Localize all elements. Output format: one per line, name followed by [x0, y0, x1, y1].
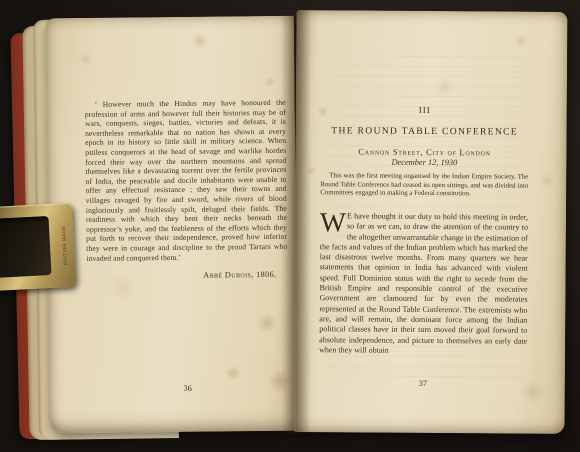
- editorial-note-paragraph: This was the first meeting organised by …: [320, 172, 528, 199]
- chapter-date: December 12, 1930: [320, 157, 528, 167]
- quote-text: ‘ However much the Hindus may have honou…: [85, 98, 288, 263]
- editorial-note: This was the first meeting organised by …: [320, 172, 528, 199]
- chapter-title: THE ROUND TABLE CONFERENCE: [321, 125, 529, 137]
- page-number-right: 37: [319, 378, 527, 388]
- body-text: WE have thought it our duty to hold this…: [319, 211, 528, 357]
- left-page: ‘ However much the Hindus may have honou…: [46, 16, 298, 434]
- quote-paragraph: ‘ However much the Hindus may have honou…: [85, 98, 288, 263]
- chapter-number: III: [321, 104, 529, 115]
- quote-attribution: Abbé Dubois, 1806.: [86, 270, 276, 281]
- page-number-left: 36: [88, 383, 288, 394]
- body-paragraph: WE have thought it our duty to hold this…: [319, 211, 528, 357]
- body-paragraph-text: E have thought it our duty to hold this …: [319, 211, 528, 354]
- drop-cap-initial: W: [320, 212, 345, 232]
- right-page: III THE ROUND TABLE CONFERENCE Cannon St…: [294, 10, 568, 434]
- brass-clip-stamp: BRITISH MADE: [61, 225, 68, 265]
- brass-clip: BRITISH MADE: [0, 203, 76, 291]
- photo-backdrop: ‘ However much the Hindus may have honou…: [0, 0, 580, 452]
- brass-clip-opening: [0, 216, 51, 278]
- chapter-location: Cannon Street, City of London: [320, 146, 528, 157]
